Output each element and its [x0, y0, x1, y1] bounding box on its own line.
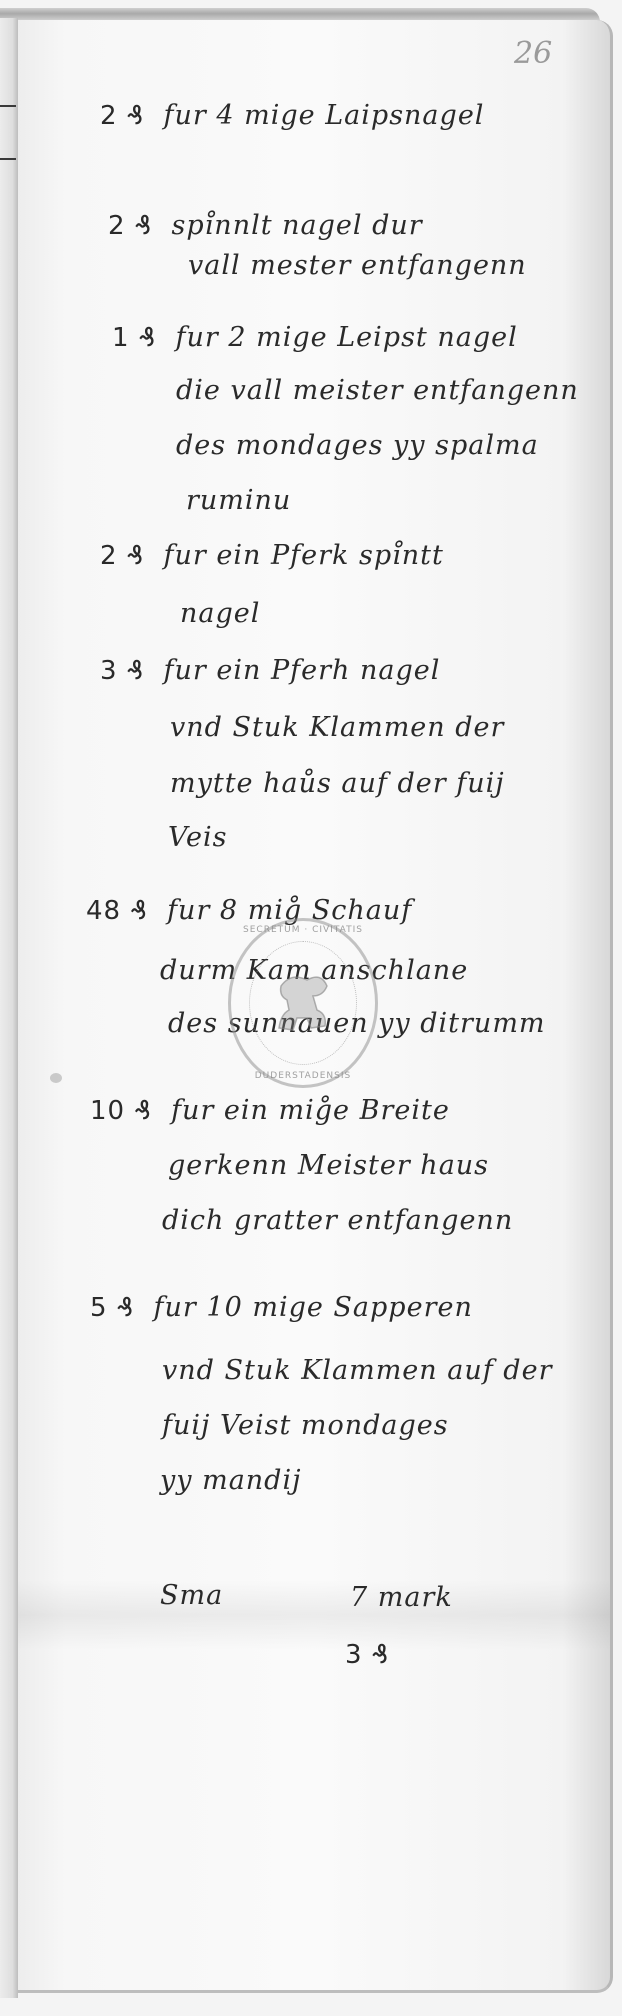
entry-2-cont: vall mester entfangenn [188, 250, 527, 281]
entry-8-cont: yy mandij [160, 1465, 301, 1496]
entry-amount: 2 ₰ [108, 211, 152, 241]
entry-3-cont: ruminu [186, 485, 291, 516]
entry-5-cont: mytte haůs auf der fuij [170, 768, 505, 799]
entry-text: fur 2 mige Leipst nagel [176, 322, 518, 353]
entry-amount: 3 ₰ [100, 656, 144, 686]
entry-4-cont: nagel [180, 598, 260, 629]
total-mark-value: 7 mark [350, 1582, 453, 1613]
entry-text: fur ein Pferh nagel [164, 655, 441, 686]
entry-7-cont: gerkenn Meister haus [168, 1150, 489, 1181]
entry-amount: 2 ₰ [100, 101, 144, 131]
entry-5-cont: Veis [168, 822, 228, 853]
entry-1: 2 ₰ fur 4 mige Laipsnagel [100, 100, 484, 131]
fold-shadow [18, 1580, 610, 1650]
seal-inscription-top: SECRETUM · CIVITATIS [231, 925, 375, 935]
entry-6: 48 ₰ fur 8 mig̊ Schauf [86, 895, 412, 926]
entry-amount: 10 ₰ [90, 1096, 152, 1126]
entry-text: spi̊nnlt nagel dur [172, 210, 423, 241]
entry-8-cont: fuij Veist mondages [162, 1410, 449, 1441]
entry-text: fur 4 mige Laipsnagel [164, 100, 485, 131]
manuscript-scan: 26 2 ₰ fur 4 mige Laipsnagel 2 ₰ spi̊nnl… [0, 0, 622, 2016]
entry-8: 5 ₰ fur 10 mige Sapperen [90, 1292, 473, 1323]
binding-gutter [0, 18, 18, 1998]
ink-blot [50, 1073, 62, 1083]
seal-inscription-bottom: DUDERSTADENSIS [231, 1071, 375, 1081]
entry-amount: 48 ₰ [86, 896, 148, 926]
entry-text: fur ein mig̊e Breite [171, 1095, 450, 1126]
entry-amount: 5 ₰ [90, 1293, 134, 1323]
archive-seal-stamp: SECRETUM · CIVITATIS DUDERSTADENSIS [228, 918, 378, 1088]
lion-icon [269, 966, 339, 1041]
margin-mark [0, 105, 16, 107]
entry-5: 3 ₰ fur ein Pferh nagel [100, 655, 440, 686]
entry-2: 2 ₰ spi̊nnlt nagel dur [108, 210, 423, 241]
entry-amount: 1 ₰ [112, 323, 156, 353]
entry-3-cont: die vall meister entfangenn [176, 375, 579, 406]
entry-3: 1 ₰ fur 2 mige Leipst nagel [112, 322, 518, 353]
entry-7: 10 ₰ fur ein mig̊e Breite [90, 1095, 450, 1126]
folio-number: 26 [514, 36, 552, 71]
entry-5-cont: vnd Stuk Klammen der [170, 712, 504, 743]
entry-text: fur ein Pferk spi̊ntt [164, 540, 444, 571]
entry-3-cont: des mondages yy spalma [176, 430, 539, 461]
entry-amount: 2 ₰ [100, 541, 144, 571]
entry-4: 2 ₰ fur ein Pferk spi̊ntt [100, 540, 444, 571]
entry-8-cont: vnd Stuk Klammen auf der [162, 1355, 552, 1386]
total-pfennig-value: 3 ₰ [345, 1640, 389, 1670]
entry-7-cont: dich gratter entfangenn [162, 1205, 513, 1236]
entry-text: fur 10 mige Sapperen [154, 1292, 473, 1323]
margin-mark [0, 158, 16, 160]
total-label: Sma [160, 1580, 223, 1611]
